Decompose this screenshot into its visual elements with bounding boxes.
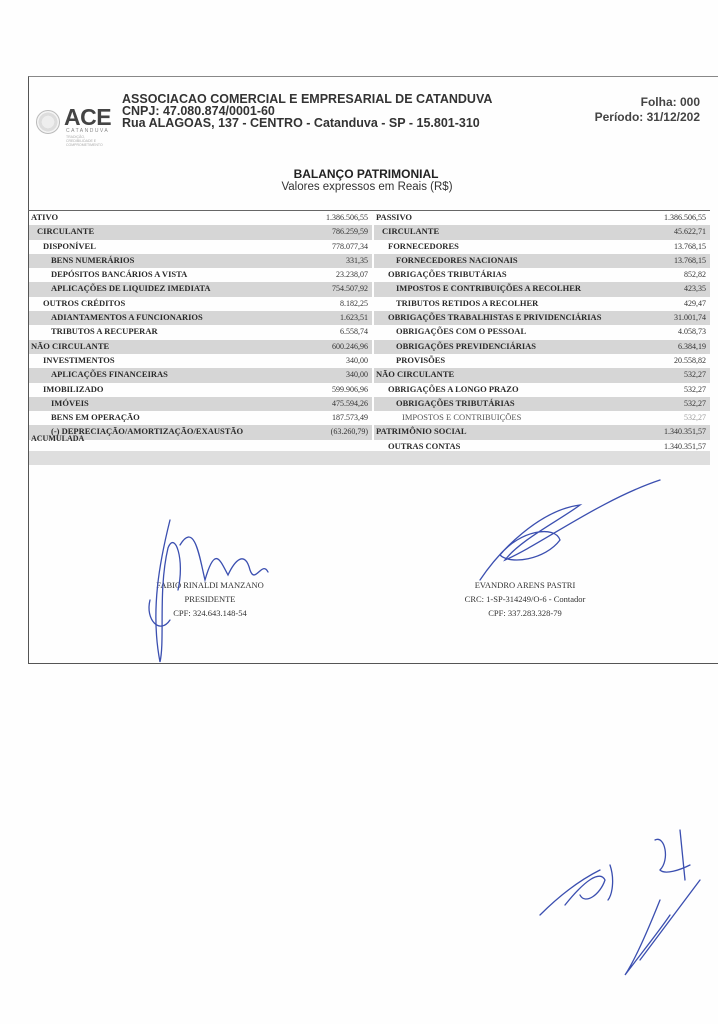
president-signature (156, 520, 268, 662)
initials-2 (655, 830, 690, 880)
initials-3 (625, 880, 700, 975)
president-signature-loop (149, 600, 170, 626)
accountant-signature (480, 480, 660, 580)
handwritten-signatures (0, 0, 718, 1024)
initials-1 (540, 865, 613, 915)
